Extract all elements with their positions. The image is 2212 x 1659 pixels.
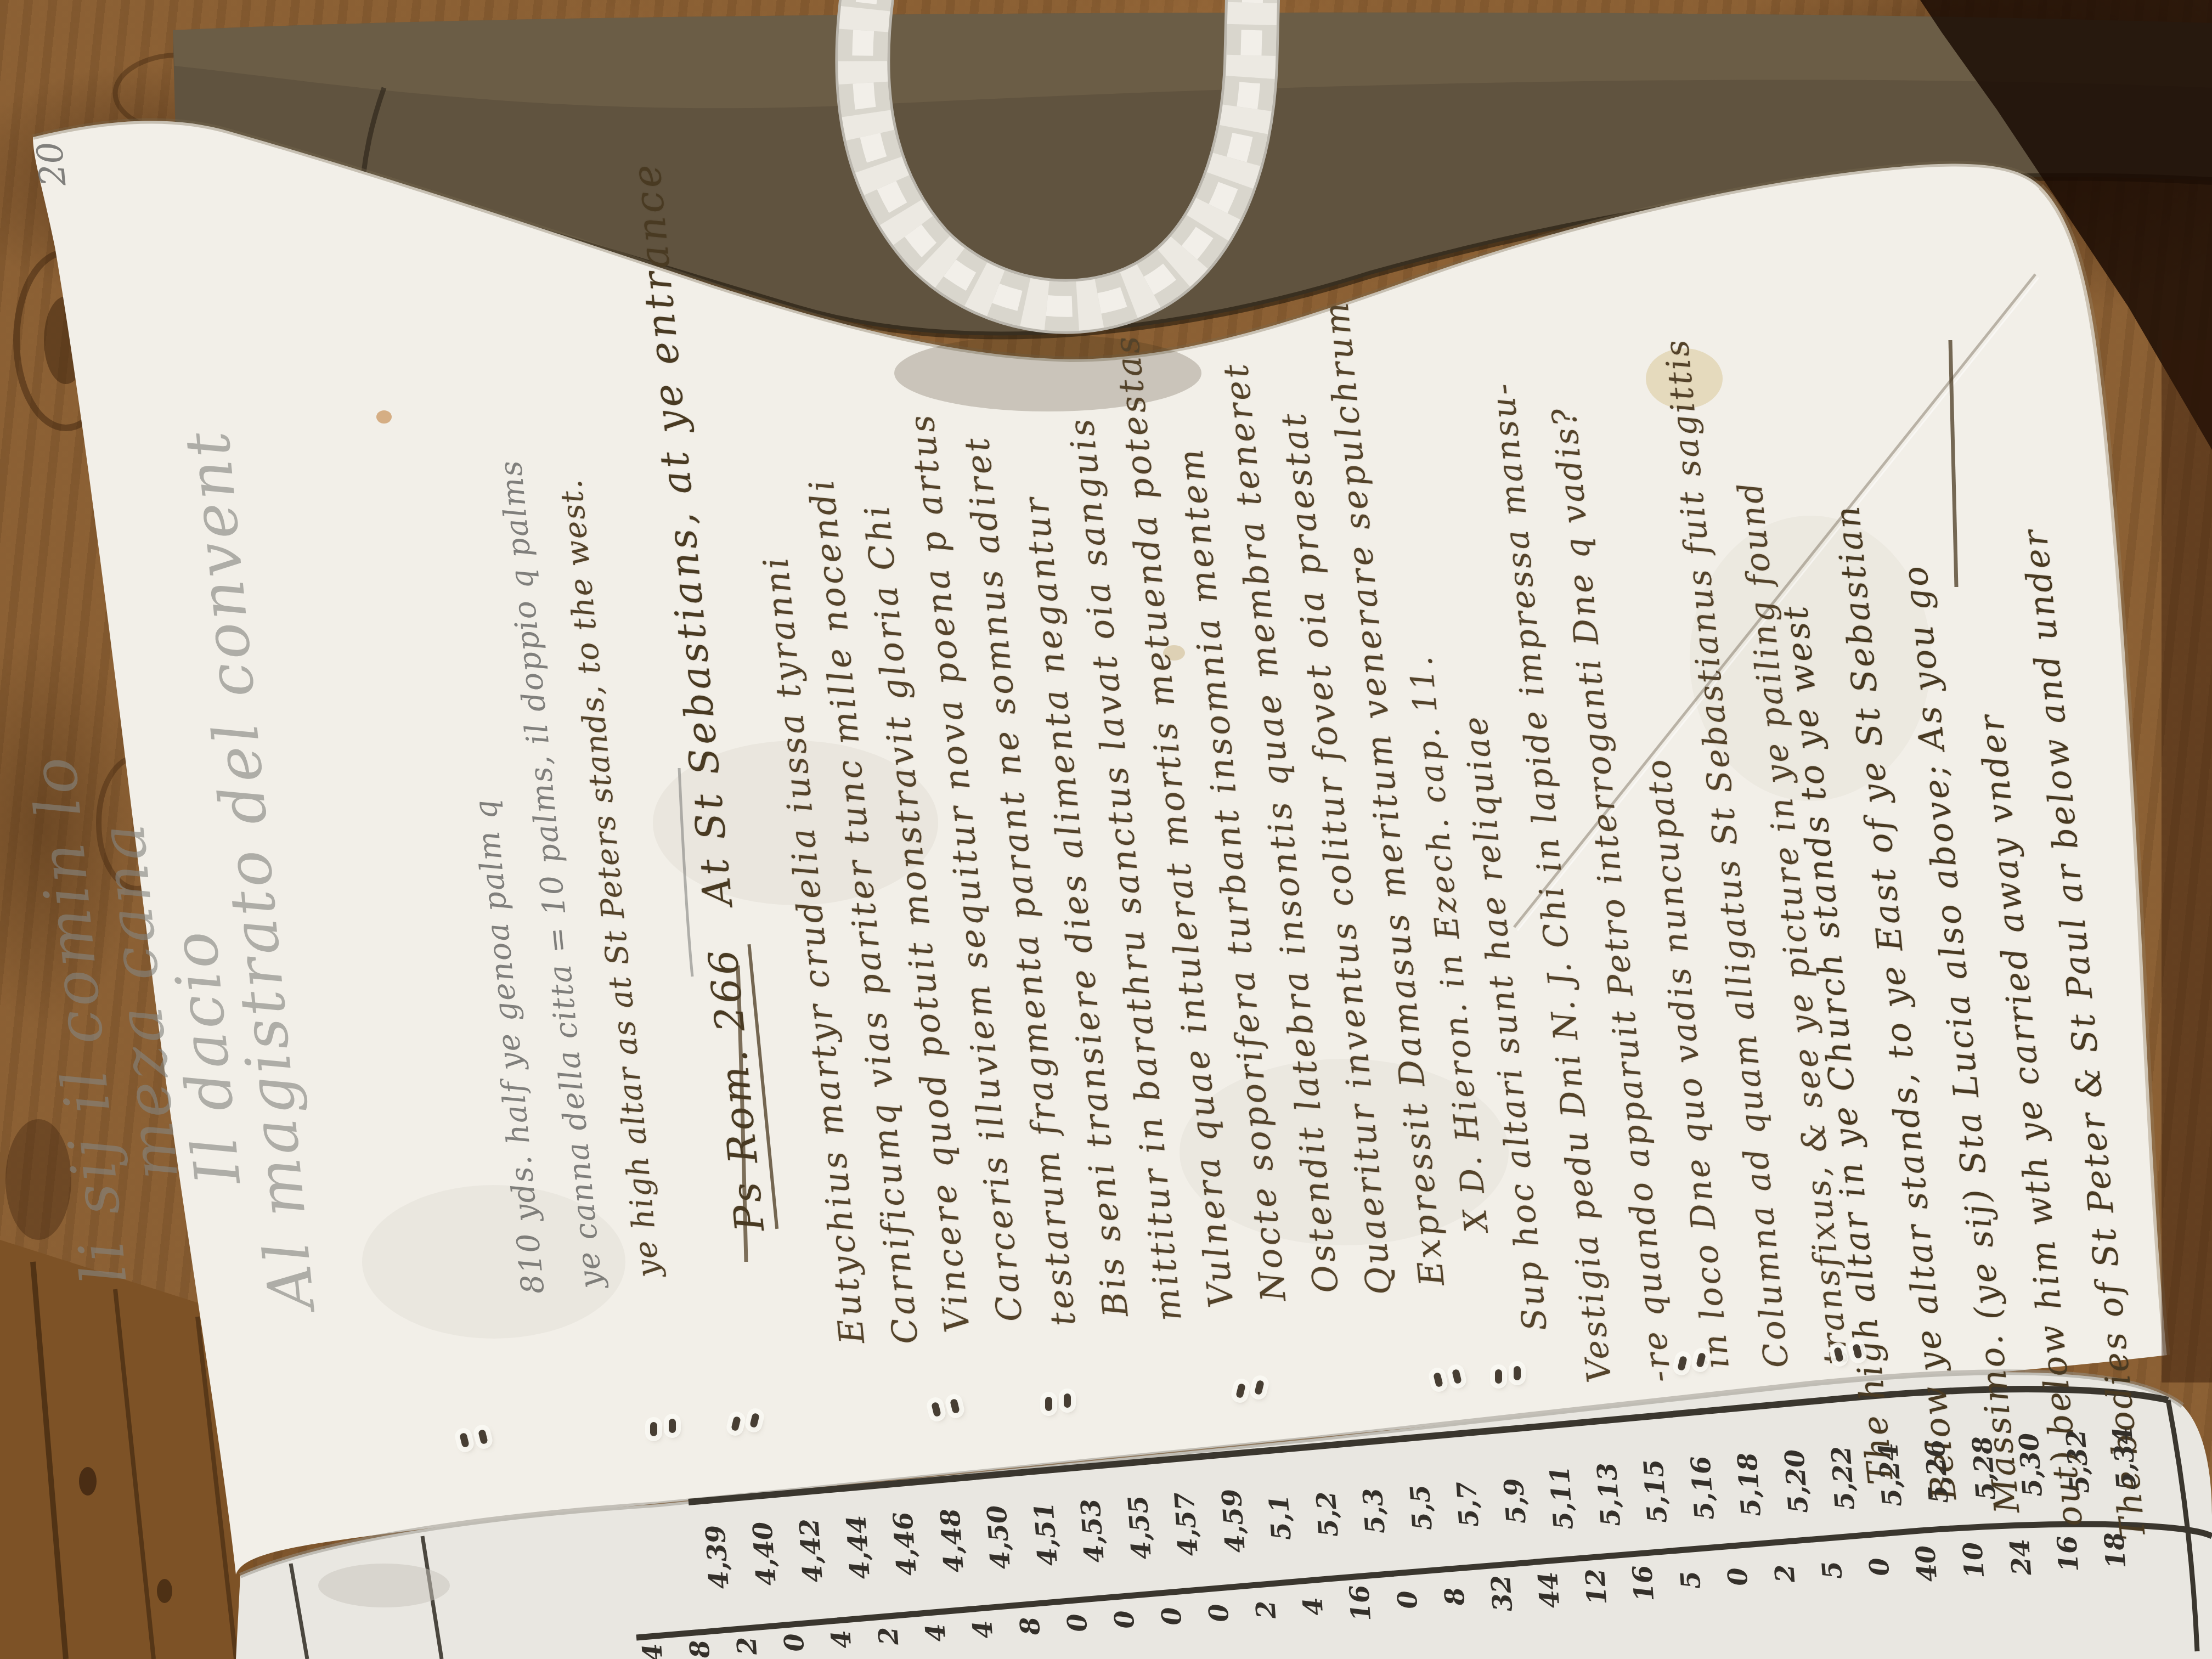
table-value: 4,40 bbox=[747, 1521, 782, 1587]
table-value: 4 bbox=[637, 1642, 669, 1659]
binding-hole bbox=[1514, 1366, 1521, 1380]
table-value: 5,22 bbox=[1826, 1445, 1861, 1511]
table-value: 0 bbox=[1203, 1602, 1235, 1623]
table-value: 5,2 bbox=[1311, 1490, 1345, 1538]
table-value: 0 bbox=[1722, 1566, 1754, 1587]
table-value: 5,7 bbox=[1451, 1480, 1485, 1528]
table-value: 5,13 bbox=[1591, 1462, 1626, 1528]
table-value: 8 bbox=[684, 1639, 716, 1659]
table-value: 32 bbox=[1486, 1574, 1519, 1613]
table-value: 8 bbox=[1014, 1616, 1046, 1636]
table-value: 5 bbox=[1675, 1570, 1707, 1590]
table-value: 16 bbox=[1627, 1564, 1661, 1603]
table-value: 0 bbox=[1864, 1556, 1895, 1577]
table-value: 0 bbox=[1156, 1606, 1188, 1626]
table-value: 5,20 bbox=[1779, 1448, 1814, 1515]
table-value: 5,26 bbox=[1920, 1438, 1955, 1505]
table-value: 4 bbox=[920, 1622, 952, 1643]
page-number: 20 bbox=[30, 140, 75, 188]
english-note-lines: The high altar in ye Church stands to ye… bbox=[0, 9, 2212, 1638]
table-value: 2 bbox=[1769, 1563, 1801, 1583]
binding-hole bbox=[650, 1422, 657, 1436]
table-value: 5,1 bbox=[1263, 1493, 1297, 1541]
binding-hole bbox=[1045, 1397, 1052, 1411]
table-value: 5,5 bbox=[1404, 1483, 1438, 1531]
table-value: 0 bbox=[1109, 1609, 1141, 1629]
table-value: 4,46 bbox=[888, 1511, 923, 1577]
table-value: 12 bbox=[1580, 1567, 1613, 1606]
manuscript-photo: 20 li sij il comin lomeza canaIl dacioAl… bbox=[0, 0, 2212, 1659]
table-value: 18 bbox=[2099, 1531, 2132, 1570]
table-value: 5,9 bbox=[1498, 1477, 1532, 1525]
table-value: 4,55 bbox=[1122, 1494, 1157, 1561]
table-value: 5,28 bbox=[1966, 1435, 2001, 1502]
table-value: 2 bbox=[873, 1626, 905, 1646]
table-value: 4,42 bbox=[794, 1517, 829, 1584]
table-value: 4,57 bbox=[1169, 1491, 1204, 1558]
table-value: 5,18 bbox=[1732, 1452, 1767, 1518]
table-value: 16 bbox=[1344, 1584, 1378, 1623]
table-value: 2 bbox=[1250, 1599, 1282, 1620]
table-value: 4,53 bbox=[1075, 1498, 1110, 1564]
table-value: 0 bbox=[778, 1632, 810, 1652]
table-value: 5,34 bbox=[2107, 1425, 2142, 1492]
table-value: 2 bbox=[731, 1635, 763, 1656]
table-value: 5,3 bbox=[1357, 1487, 1391, 1534]
table-value: 10 bbox=[1957, 1541, 1991, 1580]
table-value: 44 bbox=[1533, 1571, 1566, 1610]
table-value: 4 bbox=[1297, 1596, 1329, 1616]
table-value: 4,48 bbox=[934, 1508, 969, 1574]
table-value: 4 bbox=[826, 1629, 857, 1649]
table-value: 16 bbox=[2052, 1534, 2085, 1573]
table-value: 24 bbox=[2005, 1538, 2038, 1577]
table-value: 5,24 bbox=[1872, 1442, 1908, 1508]
table-value: 4,50 bbox=[981, 1504, 1017, 1571]
table-value: 5,16 bbox=[1685, 1455, 1720, 1521]
table-value: 5,32 bbox=[2060, 1429, 2095, 1495]
table-value: 5,11 bbox=[1544, 1465, 1579, 1531]
table-value: 40 bbox=[1910, 1544, 1944, 1583]
table-value: 4,51 bbox=[1028, 1501, 1063, 1567]
table-value: 0 bbox=[1392, 1589, 1424, 1610]
rotated-handwriting-layer: 20 li sij il comin lomeza canaIl dacioAl… bbox=[0, 9, 2212, 1638]
table-value: 8 bbox=[1439, 1586, 1471, 1606]
table-value: 4 bbox=[967, 1619, 999, 1639]
table-value: 5,15 bbox=[1638, 1458, 1673, 1525]
table-value: 4,59 bbox=[1216, 1488, 1251, 1554]
table-value: 4,39 bbox=[700, 1524, 735, 1590]
table-value: 0 bbox=[1062, 1612, 1093, 1633]
binding-hole bbox=[1064, 1393, 1071, 1408]
table-value: 4,44 bbox=[840, 1514, 876, 1581]
binding-hole bbox=[1495, 1369, 1502, 1384]
binding-hole bbox=[669, 1419, 676, 1433]
table-value: 5,30 bbox=[2013, 1432, 2049, 1498]
table-value: 5 bbox=[1816, 1560, 1848, 1580]
